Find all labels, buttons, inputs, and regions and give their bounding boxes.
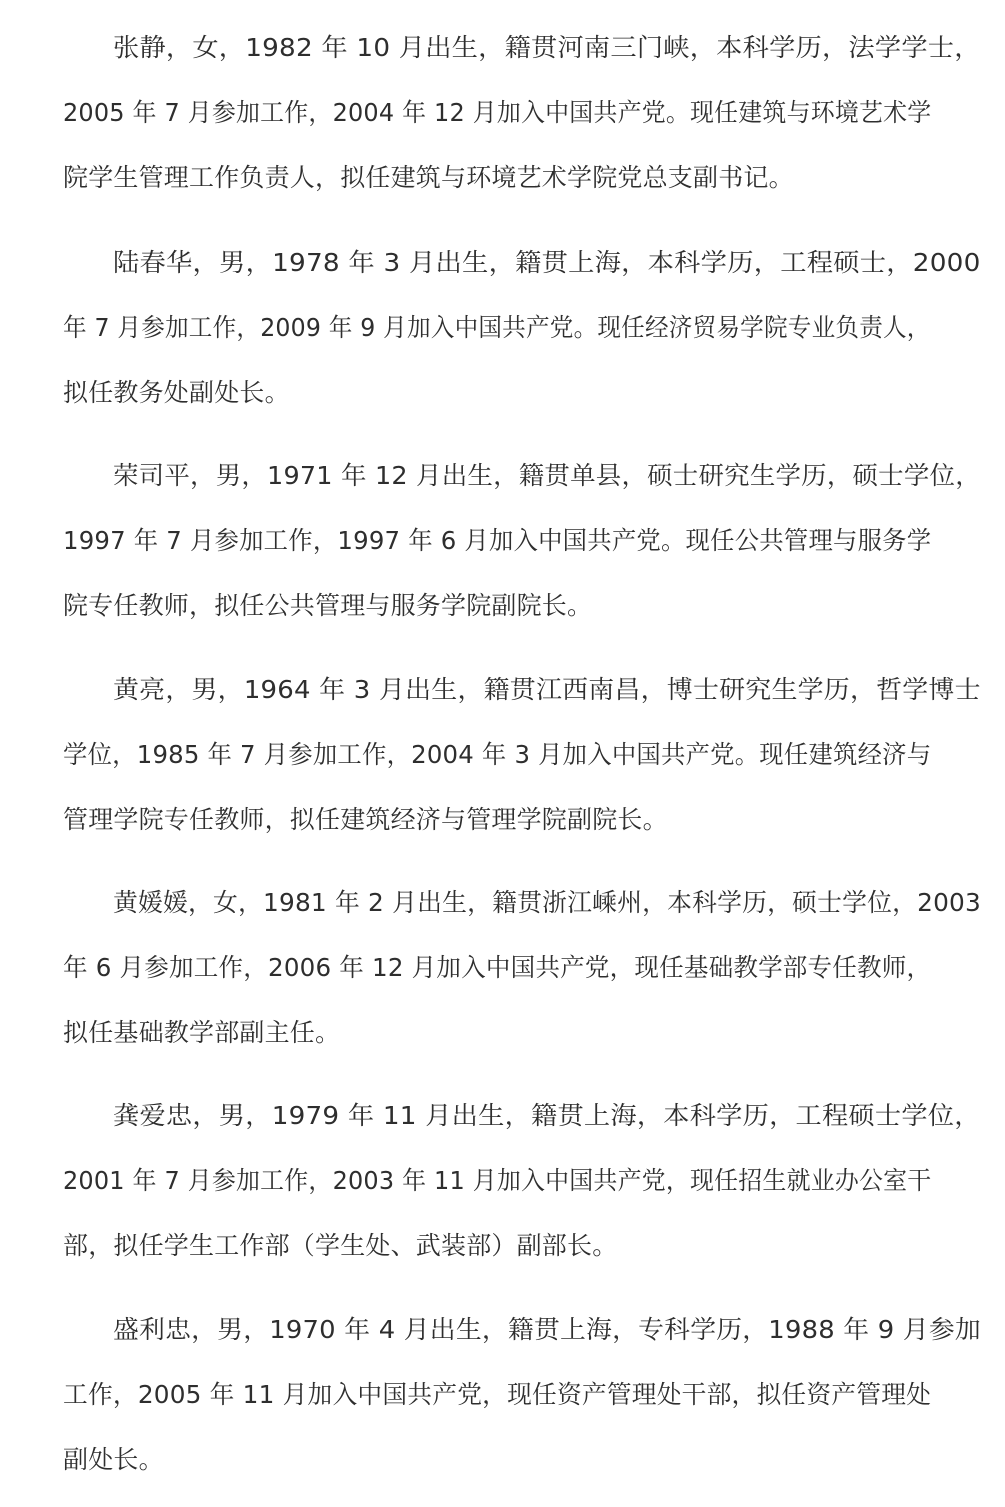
paragraph-line: 黄媛媛，女，1981 年 2 月出生，籍贯浙江嵊州，本科学历，硕士学位，2003 (113, 888, 981, 918)
paragraph-line: 荣司平，男，1971 年 12 月出生，籍贯单县，硕士研究生学历，硕士学位， (113, 461, 981, 491)
paragraph-line: 学位，1985 年 7 月参加工作，2004 年 3 月加入中国共产党。现任建筑… (63, 740, 931, 770)
paragraph-line: 部，拟任学生工作部（学生处、武装部）副部长。 (63, 1231, 617, 1261)
paragraph-line: 盛利忠，男，1970 年 4 月出生，籍贯上海，专科学历，1988 年 9 月参… (113, 1315, 981, 1345)
paragraph-line: 拟任基础教学部副主任。 (63, 1018, 340, 1048)
paragraph-line: 拟任教务处副处长。 (63, 378, 290, 408)
paragraph-line: 年 6 月参加工作，2006 年 12 月加入中国共产党，现任基础教学部专任教师… (63, 953, 931, 983)
paragraph-line: 陆春华，男，1978 年 3 月出生，籍贯上海，本科学历，工程硕士，2000 (113, 248, 981, 278)
paragraph-line: 1997 年 7 月参加工作，1997 年 6 月加入中国共产党。现任公共管理与… (63, 526, 931, 556)
paragraph-line: 管理学院专任教师，拟任建筑经济与管理学院副院长。 (63, 805, 668, 835)
paragraph-line: 2005 年 7 月参加工作，2004 年 12 月加入中国共产党。现任建筑与环… (63, 98, 931, 128)
paragraph-line: 张静，女，1982 年 10 月出生，籍贯河南三门峡，本科学历，法学学士， (113, 33, 981, 63)
paragraph-line: 副处长。 (63, 1445, 164, 1475)
paragraph-line: 工作，2005 年 11 月加入中国共产党，现任资产管理处干部，拟任资产管理处 (63, 1380, 931, 1410)
document-page: 张静，女，1982 年 10 月出生，籍贯河南三门峡，本科学历，法学学士， 20… (0, 0, 1005, 1507)
paragraph-line: 院学生管理工作负责人，拟任建筑与环境艺术学院党总支副书记。 (63, 163, 794, 193)
paragraph-line: 院专任教师，拟任公共管理与服务学院副院长。 (63, 591, 592, 621)
paragraph-line: 黄亮，男，1964 年 3 月出生，籍贯江西南昌，博士研究生学历，哲学博士 (113, 675, 981, 705)
paragraph-line: 龚爱忠，男，1979 年 11 月出生，籍贯上海，本科学历，工程硕士学位， (113, 1101, 981, 1131)
paragraph-line: 年 7 月参加工作，2009 年 9 月加入中国共产党。现任经济贸易学院专业负责… (63, 313, 931, 343)
paragraph-line: 2001 年 7 月参加工作，2003 年 11 月加入中国共产党，现任招生就业… (63, 1166, 931, 1196)
